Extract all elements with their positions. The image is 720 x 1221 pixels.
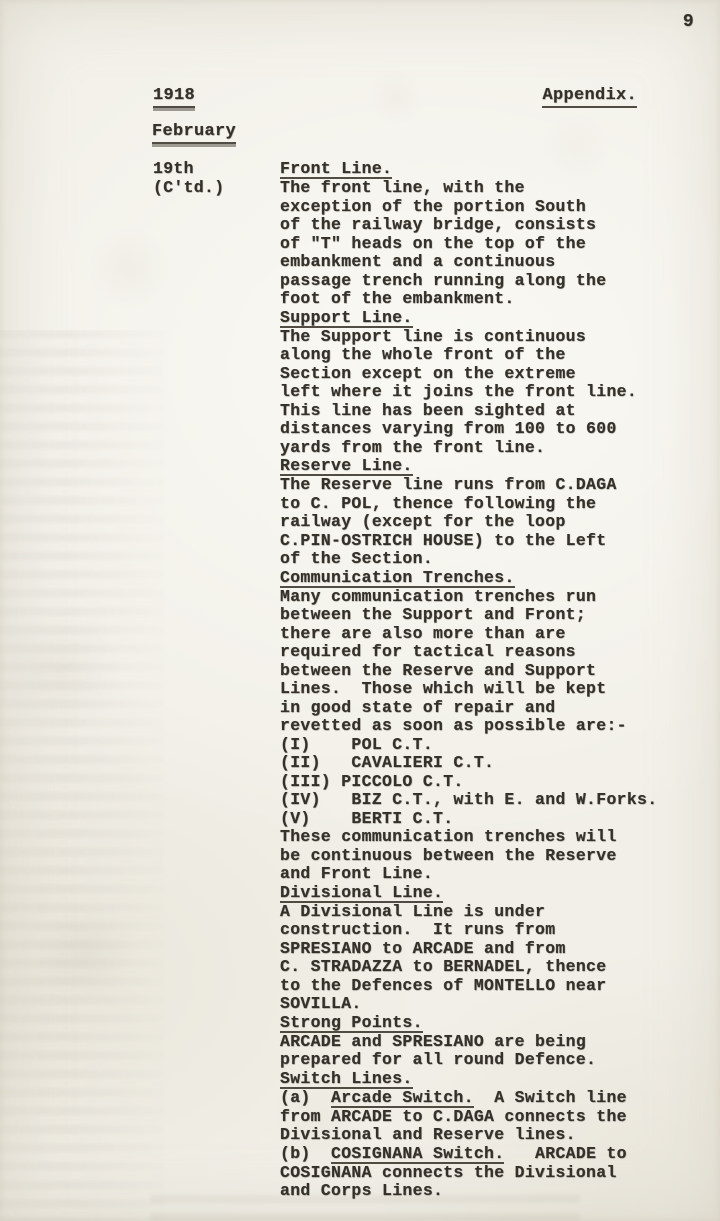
appendix-label: Appendix. xyxy=(542,86,637,108)
text-segment: (a) xyxy=(280,1088,331,1107)
text-line: C. STRADAZZA to BERNADEL, thence xyxy=(280,958,657,977)
text-line: in good state of repair and xyxy=(280,699,657,718)
text-line: prepared for all round Defence. xyxy=(280,1051,657,1070)
month-label: February xyxy=(152,122,236,144)
document-page: 9 1918 Appendix. February 19th (C'td.) F… xyxy=(0,0,720,1221)
text-line: distances varying from 100 to 600 xyxy=(280,420,657,439)
text-line: Communication Trenches. xyxy=(280,569,657,588)
text-line: be continuous between the Reserve xyxy=(280,847,657,866)
diary-section: Switch Lines.(a) Arcade Switch. A Switch… xyxy=(280,1070,657,1201)
text-line: of "T" heads on the top of the xyxy=(280,235,657,254)
text-line: between the Support and Front; xyxy=(280,606,657,625)
diary-entry-text: Front Line.The front line, with theexcep… xyxy=(280,160,657,1201)
text-line: A Divisional Line is under xyxy=(280,903,657,922)
text-line: and Corps Lines. xyxy=(280,1182,657,1201)
section-heading: Divisional Line. xyxy=(280,885,443,903)
text-line: of the Section. xyxy=(280,550,657,569)
year-heading: 1918 xyxy=(153,86,195,108)
text-line: C.PIN-OSTRICH HOUSE) to the Left xyxy=(280,532,657,551)
diary-section: Strong Points.ARCADE and SPRESIANO are b… xyxy=(280,1014,657,1070)
page-number: 9 xyxy=(683,12,694,32)
text-line: Many communication trenches run xyxy=(280,588,657,607)
text-line: ARCADE and SPRESIANO are being xyxy=(280,1033,657,1052)
text-line: (a) Arcade Switch. A Switch line xyxy=(280,1089,657,1108)
page-header: 1918 Appendix. xyxy=(153,86,637,108)
text-line: from ARCADE to C.DAGA connects the xyxy=(280,1108,657,1127)
text-line: Reserve Line. xyxy=(280,457,657,476)
text-line: passage trench running along the xyxy=(280,272,657,291)
diary-section: Support Line.The Support line is continu… xyxy=(280,309,657,458)
month-heading: February xyxy=(152,122,236,144)
text-line: required for tactical reasons xyxy=(280,643,657,662)
section-heading: Front Line. xyxy=(280,161,392,179)
day-label: 19th xyxy=(153,160,280,179)
section-heading: Switch Lines. xyxy=(280,1071,413,1089)
inline-underlined-label: COSIGNANA Switch. xyxy=(331,1146,504,1164)
inline-underlined-label: Arcade Switch. xyxy=(331,1090,474,1108)
text-line: along the whole front of the xyxy=(280,346,657,365)
text-line: Divisional Line. xyxy=(280,884,657,903)
text-line: Support Line. xyxy=(280,309,657,328)
text-line: (III) PICCOLO C.T. xyxy=(280,773,657,792)
diary-section: Communication Trenches.Many communicatio… xyxy=(280,569,657,884)
text-line: railway (except for the loop xyxy=(280,513,657,532)
text-line: of the railway bridge, consists xyxy=(280,216,657,235)
text-segment: ARCADE to xyxy=(504,1144,626,1163)
text-line: Section except on the extreme xyxy=(280,365,657,384)
text-line: (II) CAVALIERI C.T. xyxy=(280,754,657,773)
text-line: foot of the embankment. xyxy=(280,290,657,309)
text-line: (b) COSIGNANA Switch. ARCADE to xyxy=(280,1145,657,1164)
text-line: exception of the portion South xyxy=(280,198,657,217)
date-column: 19th (C'td.) xyxy=(153,160,280,1201)
text-line: The Support line is continuous xyxy=(280,328,657,347)
text-line: left where it joins the front line. xyxy=(280,383,657,402)
day-continued-label: (C'td.) xyxy=(153,179,280,198)
text-line: Switch Lines. xyxy=(280,1070,657,1089)
diary-section: Divisional Line.A Divisional Line is und… xyxy=(280,884,657,1014)
text-segment: (b) xyxy=(280,1144,331,1163)
text-line: there are also more than are xyxy=(280,625,657,644)
text-line: (V) BERTI C.T. xyxy=(280,810,657,829)
text-line: Lines. Those which will be kept xyxy=(280,680,657,699)
text-line: SPRESIANO to ARCADE and from xyxy=(280,940,657,959)
text-line: (I) POL C.T. xyxy=(280,736,657,755)
text-line: SOVILLA. xyxy=(280,995,657,1014)
section-heading: Strong Points. xyxy=(280,1015,423,1033)
text-line: to the Defences of MONTELLO near xyxy=(280,977,657,996)
text-line: revetted as soon as possible are:- xyxy=(280,717,657,736)
text-line: between the Reserve and Support xyxy=(280,662,657,681)
text-line: Strong Points. xyxy=(280,1014,657,1033)
text-line: COSIGNANA connects the Divisional xyxy=(280,1164,657,1183)
section-heading: Reserve Line. xyxy=(280,458,413,476)
text-line: (IV) BIZ C.T., with E. and W.Forks. xyxy=(280,791,657,810)
text-line: to C. POL, thence following the xyxy=(280,495,657,514)
section-heading: Communication Trenches. xyxy=(280,570,515,588)
diary-entry: 19th (C'td.) Front Line.The front line, … xyxy=(153,160,657,1201)
text-line: construction. It runs from xyxy=(280,921,657,940)
text-line: These communication trenches will xyxy=(280,828,657,847)
text-line: Divisional and Reserve lines. xyxy=(280,1126,657,1145)
text-line: Front Line. xyxy=(280,160,657,179)
text-line: and Front Line. xyxy=(280,865,657,884)
text-segment: A Switch line xyxy=(474,1088,627,1107)
text-line: embankment and a continuous xyxy=(280,253,657,272)
diary-section: Front Line.The front line, with theexcep… xyxy=(280,160,657,309)
diary-section: Reserve Line.The Reserve line runs from … xyxy=(280,457,657,569)
section-heading: Support Line. xyxy=(280,310,413,328)
text-line: This line has been sighted at xyxy=(280,402,657,421)
text-line: The front line, with the xyxy=(280,179,657,198)
text-line: The Reserve line runs from C.DAGA xyxy=(280,476,657,495)
bleed-through-texture xyxy=(0,330,165,1221)
text-line: yards from the front line. xyxy=(280,439,657,458)
